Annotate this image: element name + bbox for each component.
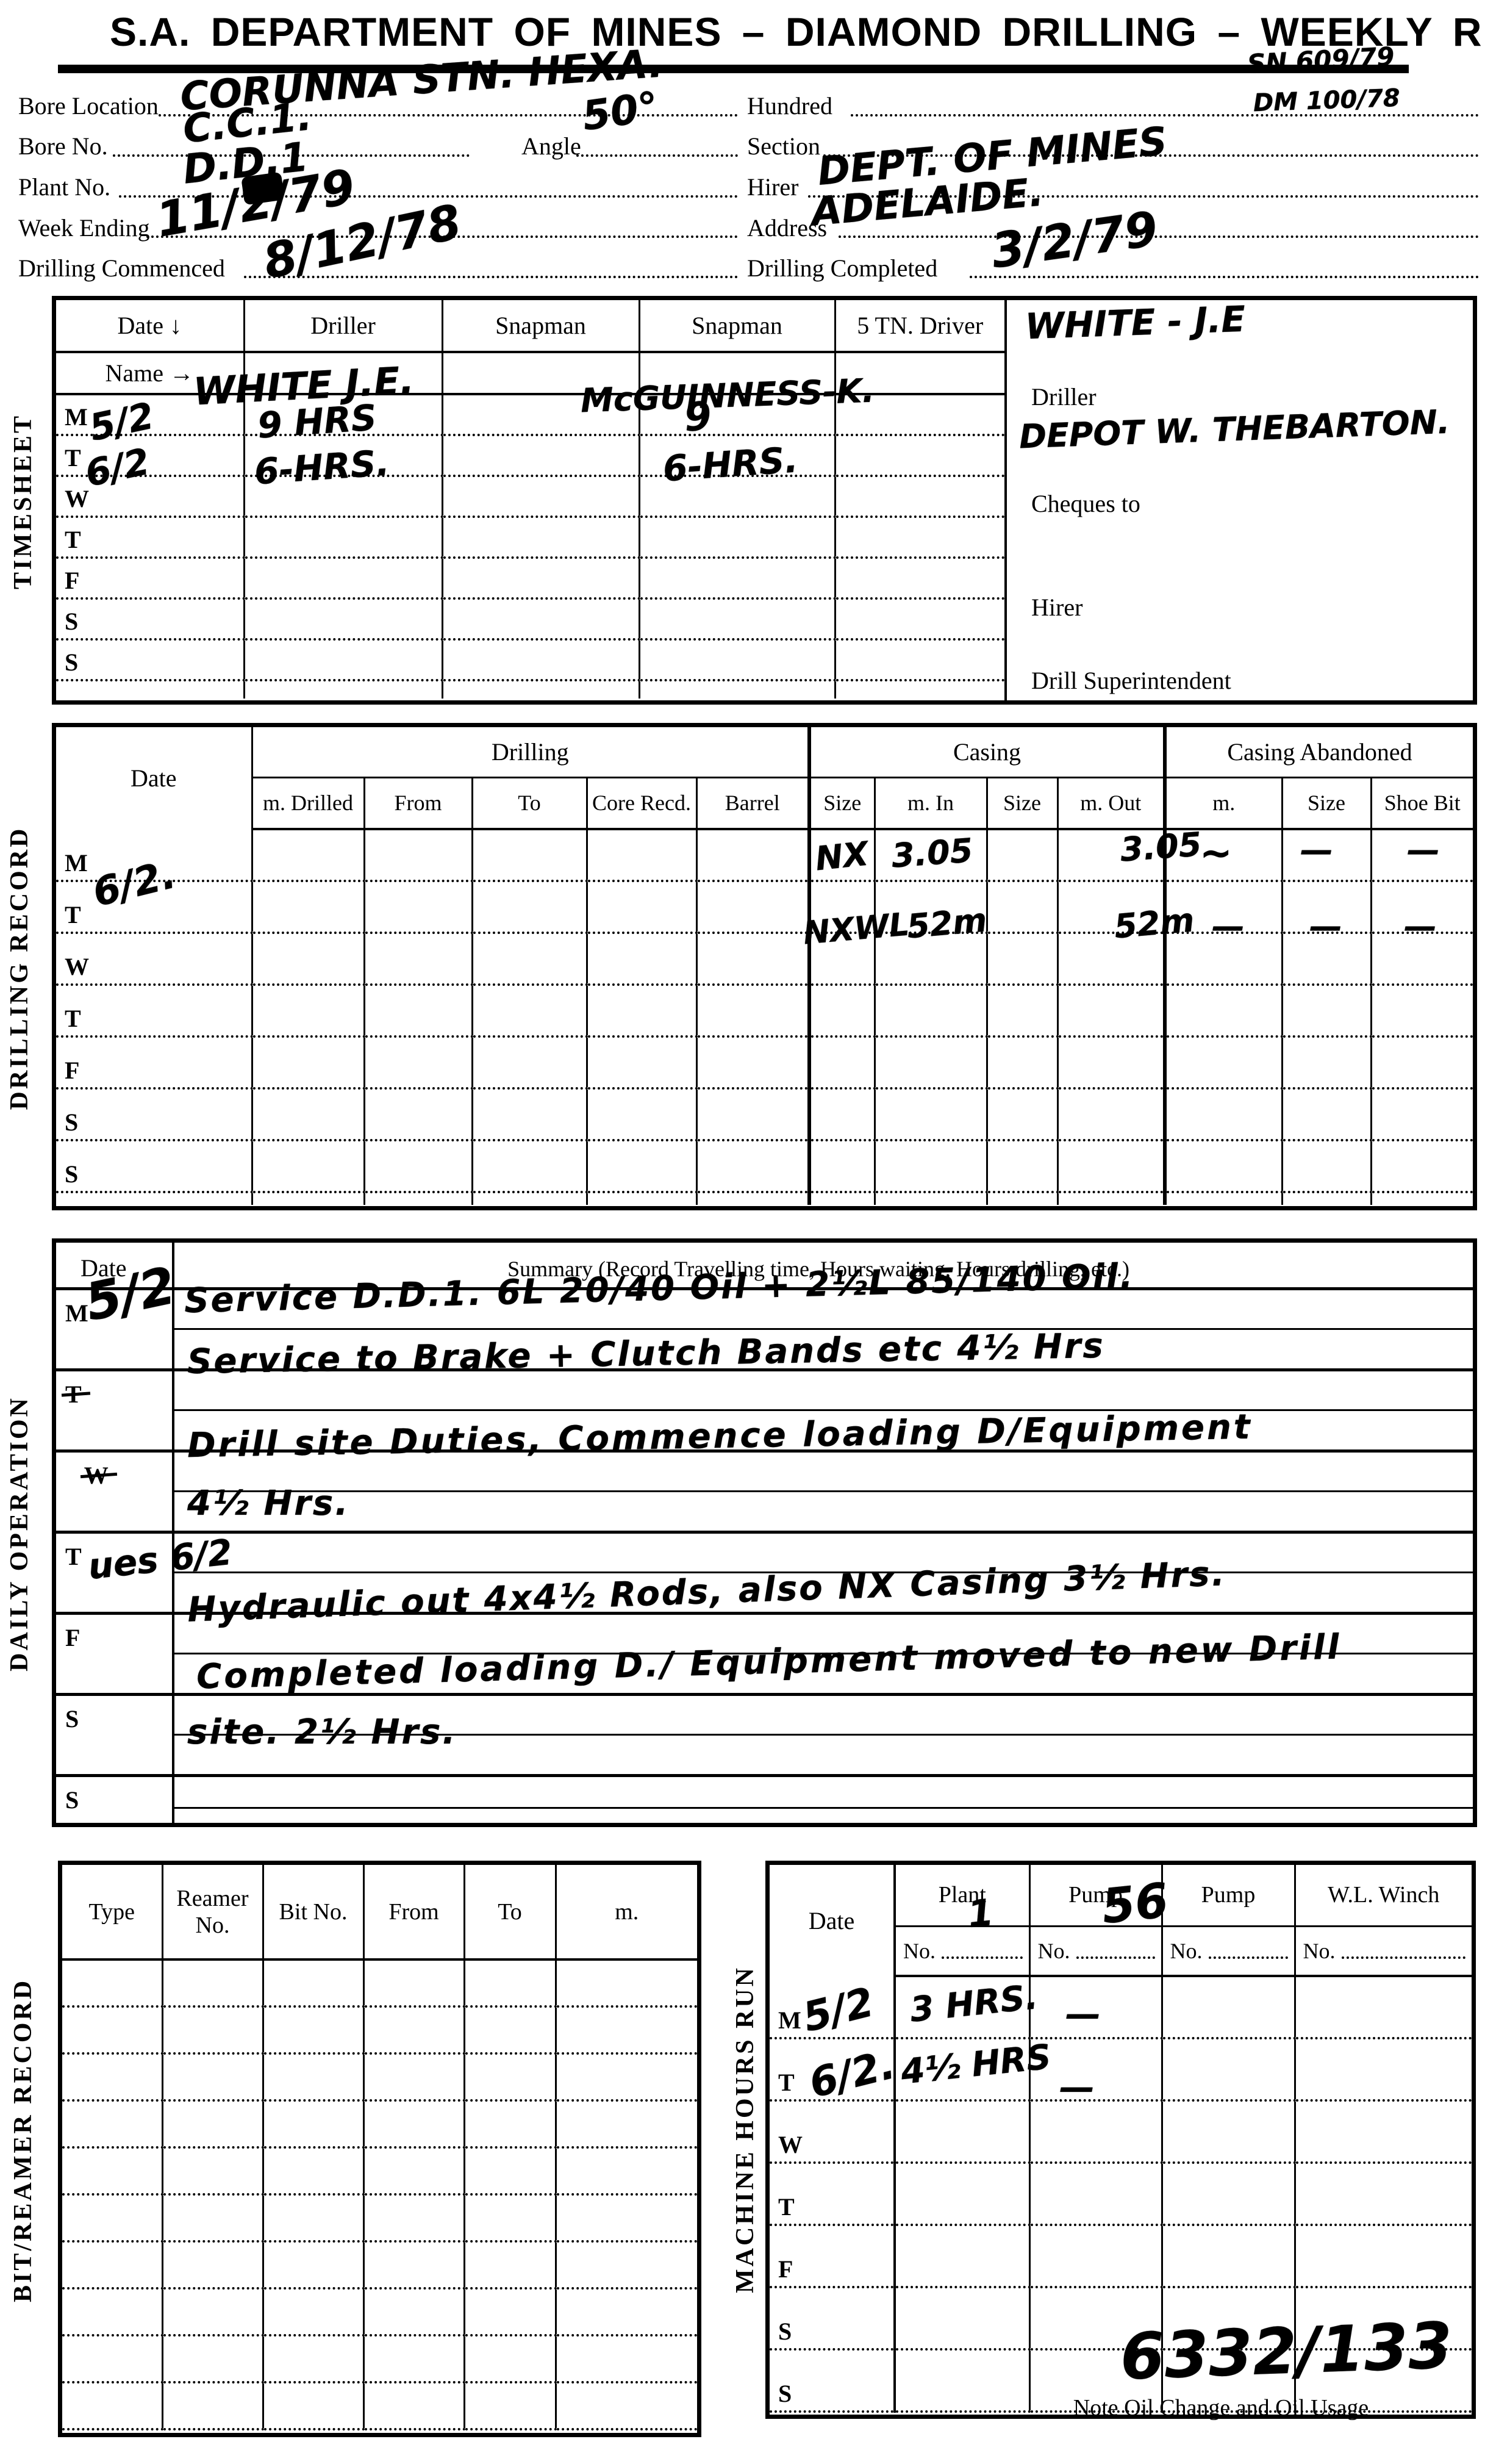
day-label: T — [65, 1542, 82, 1571]
table-cell — [263, 2053, 363, 2100]
table-cell — [809, 1192, 875, 1205]
no-label: No. — [1170, 1938, 1203, 1964]
table-cell — [1165, 1140, 1282, 1192]
hundred-line — [851, 114, 1479, 117]
winch-no-cell: No. — [1295, 1926, 1472, 1976]
table-cell — [442, 558, 639, 598]
mon-abandoned-shoe: — — [1407, 834, 1440, 867]
table-cell — [464, 2147, 556, 2194]
tue-casing-m-in: 52m — [906, 903, 989, 943]
table-cell — [987, 1036, 1057, 1088]
from-header: From — [364, 777, 472, 829]
table-cell — [835, 435, 1004, 476]
ruled-line — [174, 1409, 1473, 1411]
table-cell — [363, 2335, 464, 2382]
table-cell — [472, 1088, 587, 1140]
cheques-to-label: Cheques to — [1031, 489, 1140, 518]
angle-label: Angle — [521, 132, 581, 160]
table-cell — [364, 1140, 472, 1192]
bit-reamer-section-label: BIT/REAMER RECORD — [9, 1997, 38, 2302]
table-cell — [587, 1140, 696, 1192]
angle-value: 50° — [580, 87, 661, 137]
summary-line-5: Hydraulic out 4x4½ Rods, also NX Casing … — [187, 1557, 1227, 1627]
daily-operation-section-label: DAILY OPERATION — [5, 1381, 34, 1686]
table-cell — [1371, 1088, 1473, 1140]
drilling-row-thu: T — [56, 985, 1473, 1036]
table-cell — [587, 829, 696, 881]
table-cell — [1371, 1192, 1473, 1205]
date-header: Date — [770, 1865, 895, 1976]
table-cell — [442, 680, 639, 699]
drilling-row-fri: F — [56, 1036, 1473, 1088]
timesheet-row-fri: F — [56, 558, 1004, 598]
m-drilled-header: m. Drilled — [252, 777, 364, 829]
timesheet-row-sat: S — [56, 598, 1004, 639]
day-label: S — [56, 1088, 252, 1140]
table-cell — [875, 1192, 987, 1205]
table-cell — [162, 2053, 263, 2100]
table-cell — [252, 1192, 364, 1205]
table-cell — [62, 2335, 162, 2382]
bit-reamer-record-section: Type Reamer No. Bit No. From To m. — [58, 1861, 701, 2437]
table-cell — [895, 2100, 1029, 2163]
table-cell — [263, 2100, 363, 2147]
table-cell — [1057, 985, 1165, 1036]
oil-change-note: Note Oil Change and Oil Usage — [971, 2394, 1471, 2421]
drilling-row-sat: S — [56, 1088, 1473, 1140]
tues-date-handwritten: ues 6/2 — [87, 1534, 234, 1584]
table-cell — [1371, 985, 1473, 1036]
no-dotted-line — [942, 1956, 1023, 1959]
table-cell — [363, 2053, 464, 2100]
timesheet-table: Date ↓ Driller Snapman Snapman 5 TN. Dri… — [56, 300, 1004, 699]
drilling-row-wed: W — [56, 933, 1473, 985]
table-cell — [364, 829, 472, 881]
table-row — [62, 2006, 697, 2053]
timesheet-section: Date ↓ Driller Snapman Snapman 5 TN. Dri… — [52, 296, 1477, 705]
table-cell — [809, 1036, 875, 1088]
table-cell — [587, 1036, 696, 1088]
table-cell — [696, 1088, 809, 1140]
table-cell — [987, 1088, 1057, 1140]
table-cell — [875, 1036, 987, 1088]
table-cell — [464, 2241, 556, 2288]
day-label: S — [65, 1704, 79, 1733]
drilling-row-sun: S — [56, 1140, 1473, 1192]
table-cell — [1295, 2100, 1472, 2163]
ruled-line — [174, 1328, 1473, 1330]
table-cell — [1295, 2038, 1472, 2100]
barrel-header: Barrel — [696, 777, 809, 829]
plant-no-label: Plant No. — [18, 173, 110, 201]
total-handwritten: 6332/133 — [1119, 2314, 1453, 2389]
table-cell — [364, 881, 472, 933]
timesheet-section-label: TIMESHEET — [9, 349, 38, 654]
table-cell — [364, 933, 472, 985]
table-cell — [835, 639, 1004, 680]
table-cell — [809, 1140, 875, 1192]
table-cell — [252, 1088, 364, 1140]
table-cell — [62, 2241, 162, 2288]
mon-driller-hours: 9 HRS — [256, 400, 378, 443]
day-label: S — [56, 598, 244, 639]
table-cell — [263, 2241, 363, 2288]
day-label: T — [65, 1381, 82, 1408]
table-row — [62, 2100, 697, 2147]
m-header: m. — [556, 1865, 697, 1959]
table-cell — [1162, 2038, 1295, 2100]
table-cell — [56, 680, 244, 699]
table-cell — [244, 558, 442, 598]
machine-row-thu: T — [770, 2163, 1472, 2225]
summary-line-2: Service to Brake + Clutch Bands etc 4½ H… — [187, 1329, 1105, 1379]
table-cell — [464, 2053, 556, 2100]
table-cell — [472, 1036, 587, 1088]
table-cell — [263, 2147, 363, 2194]
date-header: Date — [56, 727, 252, 829]
table-cell — [1295, 2225, 1472, 2287]
day-label: F — [56, 558, 244, 598]
table-cell — [62, 2194, 162, 2241]
angle-line — [576, 154, 738, 157]
table-cell — [1029, 2163, 1162, 2225]
day-label: M — [65, 1299, 88, 1327]
timesheet-right-panel: WHITE - J.E Driller DEPOT W. THEBARTON. … — [1004, 300, 1473, 700]
timesheet-row-thu: T — [56, 517, 1004, 558]
table-cell — [1295, 2163, 1472, 2225]
day-label: S — [65, 1786, 79, 1814]
tue-casing-m-out: 52m — [1113, 903, 1196, 943]
day-label: S — [56, 639, 244, 680]
col-5tn-driver: 5 TN. Driver — [835, 300, 1004, 352]
table-cell — [472, 985, 587, 1036]
table-cell — [987, 829, 1057, 881]
table-cell — [56, 1192, 252, 1205]
table-cell — [363, 2241, 464, 2288]
table-cell — [639, 517, 835, 558]
table-cell — [556, 2053, 697, 2100]
pump2-header: Pump — [1162, 1865, 1295, 1926]
table-cell — [895, 2225, 1029, 2287]
machine-hours-section-label: MACHINE HOURS RUN — [731, 1988, 760, 2293]
core-recd-header: Core Recd. — [587, 777, 696, 829]
table-cell — [835, 476, 1004, 517]
table-row — [62, 1959, 697, 2006]
wl-winch-header: W.L. Winch — [1295, 1865, 1472, 1926]
table-cell — [442, 598, 639, 639]
table-cell — [244, 598, 442, 639]
table-cell — [835, 517, 1004, 558]
drilling-group-header-row: Date Drilling Casing Casing Abandoned — [56, 727, 1473, 777]
table-cell — [875, 1140, 987, 1192]
timesheet-header-row: Date ↓ Driller Snapman Snapman 5 TN. Dri… — [56, 300, 1004, 352]
table-cell — [556, 2288, 697, 2335]
table-cell — [162, 2100, 263, 2147]
machine-row-wed: W — [770, 2100, 1472, 2163]
machine-row-mon: M — [770, 1976, 1472, 2038]
mon-casing-m-out: 3.05 — [1119, 828, 1203, 866]
table-cell — [1282, 985, 1371, 1036]
table-cell — [639, 558, 835, 598]
table-cell — [875, 985, 987, 1036]
table-cell — [696, 985, 809, 1036]
no-label: No. — [1303, 1938, 1336, 1964]
table-cell — [696, 1036, 809, 1088]
table-cell — [1162, 2225, 1295, 2287]
table-cell — [363, 2147, 464, 2194]
table-cell — [442, 435, 639, 476]
no-dotted-line — [1076, 1956, 1155, 1959]
hirer-panel-label: Hirer — [1031, 593, 1082, 622]
abandoned-size-header: Size — [1282, 777, 1371, 829]
address-line — [839, 235, 1479, 238]
drilling-commenced-label: Drilling Commenced — [18, 254, 225, 282]
table-cell — [587, 933, 696, 985]
table-cell — [1162, 1976, 1295, 2038]
handwritten-ref-number-2: DM 100/78 — [1253, 86, 1400, 115]
table-cell — [162, 2288, 263, 2335]
table-cell — [263, 2382, 363, 2429]
table-cell — [472, 933, 587, 985]
abandoned-m-header: m. — [1165, 777, 1282, 829]
col-driller: Driller — [244, 300, 442, 352]
table-cell — [556, 2194, 697, 2241]
ruled-line — [174, 1807, 1473, 1809]
table-cell — [987, 933, 1057, 985]
table-cell — [363, 2382, 464, 2429]
table-cell — [696, 1140, 809, 1192]
table-cell — [464, 1959, 556, 2006]
table-cell — [364, 1036, 472, 1088]
table-cell — [364, 985, 472, 1036]
table-cell — [464, 2006, 556, 2053]
row-line — [56, 1774, 1473, 1777]
mon-snapman-hours: 9 — [683, 397, 713, 438]
table-cell — [464, 2382, 556, 2429]
summary-line-6: Completed loading D./ Equipment moved to… — [196, 1630, 1342, 1694]
table-cell — [162, 2382, 263, 2429]
table-cell — [987, 1140, 1057, 1192]
table-cell — [556, 2100, 697, 2147]
table-cell — [895, 2163, 1029, 2225]
table-cell — [62, 2382, 162, 2429]
table-cell — [639, 639, 835, 680]
table-cell — [587, 1192, 696, 1205]
drilling-group-header: Drilling — [252, 727, 809, 777]
table-cell — [1282, 1192, 1371, 1205]
plant-no-cell: No. — [895, 1926, 1029, 1976]
to-header: To — [464, 1865, 556, 1959]
table-cell — [62, 2053, 162, 2100]
table-cell — [1057, 1036, 1165, 1088]
table-cell — [895, 2287, 1029, 2349]
table-cell — [1295, 1976, 1472, 2038]
table-cell — [835, 598, 1004, 639]
tue-driller-hours: 6-HRS. — [253, 445, 390, 489]
table-cell — [162, 2147, 263, 2194]
no-dotted-line — [1209, 1956, 1288, 1959]
table-cell — [472, 1192, 587, 1205]
table-cell — [472, 829, 587, 881]
pump2-no-cell: No. — [1162, 1926, 1295, 1976]
table-cell — [263, 2006, 363, 2053]
hirer-label: Hirer — [747, 173, 798, 201]
table-cell — [62, 1959, 162, 2006]
casing-abandoned-group-header: Casing Abandoned — [1165, 727, 1473, 777]
table-row — [62, 2335, 697, 2382]
table-cell — [696, 829, 809, 881]
machine-hours-run-section: Date Plant Pump Pump W.L. Winch No. No. … — [765, 1861, 1476, 2419]
table-cell — [363, 2006, 464, 2053]
ruled-line — [174, 1490, 1473, 1492]
table-cell — [835, 558, 1004, 598]
table-cell — [62, 2006, 162, 2053]
drilling-record-section: Date Drilling Casing Casing Abandoned m.… — [52, 723, 1477, 1210]
day-label: T — [56, 517, 244, 558]
col-snapman-1: Snapman — [442, 300, 639, 352]
driller-panel-label: Driller — [1031, 383, 1097, 411]
table-cell — [162, 2194, 263, 2241]
table-cell — [1282, 1140, 1371, 1192]
snapman-name-value: McGUINNESS-K. — [580, 375, 875, 418]
table-cell — [639, 598, 835, 639]
col-snapman-2: Snapman — [639, 300, 835, 352]
day-label: W — [56, 933, 252, 985]
day-label: S — [770, 2349, 895, 2412]
drilling-row-mon: M — [56, 829, 1473, 881]
table-cell — [1165, 1192, 1282, 1205]
type-header: Type — [62, 1865, 162, 1959]
drilling-record-section-label: DRILLING RECORD — [5, 816, 34, 1121]
bore-no-label: Bore No. — [18, 132, 108, 160]
no-label: No. — [1038, 1938, 1070, 1964]
table-cell — [162, 2241, 263, 2288]
tue-pump-hours: — — [1059, 2069, 1095, 2105]
table-cell — [252, 933, 364, 985]
table-cell — [587, 881, 696, 933]
pump1-no-cell: No. — [1029, 1926, 1162, 1976]
table-cell — [363, 2288, 464, 2335]
table-row — [62, 2194, 697, 2241]
table-cell — [472, 881, 587, 933]
mon-casing-size: NX — [814, 838, 870, 876]
table-cell — [162, 2006, 263, 2053]
drilling-completed-label: Drilling Completed — [747, 254, 937, 282]
day-label: S — [56, 1140, 252, 1192]
mon-abandoned-m: ~ — [1200, 834, 1233, 873]
plant-no-value: 1 — [966, 1894, 995, 1933]
day-label: T — [770, 2163, 895, 2225]
table-cell — [62, 2100, 162, 2147]
table-cell — [442, 517, 639, 558]
table-cell — [1165, 1088, 1282, 1140]
table-cell — [364, 1088, 472, 1140]
table-cell — [252, 881, 364, 933]
no-dotted-line — [1342, 1956, 1466, 1959]
table-row — [62, 2288, 697, 2335]
table-cell — [987, 881, 1057, 933]
casing-group-header: Casing — [809, 727, 1165, 777]
bit-reamer-table: Type Reamer No. Bit No. From To m. — [62, 1865, 697, 2430]
table-cell — [263, 1959, 363, 2006]
daily-operation-section: Date Summary (Record Travelling time, Ho… — [52, 1238, 1477, 1827]
tue-snapman-hours: 6-HRS. — [662, 442, 799, 486]
table-cell — [464, 2100, 556, 2147]
table-cell — [556, 2006, 697, 2053]
table-cell — [464, 2288, 556, 2335]
table-cell — [556, 2335, 697, 2382]
table-cell — [587, 985, 696, 1036]
mon-pump-hours: — — [1065, 1996, 1101, 2031]
table-cell — [62, 2147, 162, 2194]
table-cell — [1165, 985, 1282, 1036]
table-cell — [1282, 1088, 1371, 1140]
table-cell — [835, 680, 1004, 699]
timesheet-row-wed: W — [56, 476, 1004, 517]
bit-reamer-header-row: Type Reamer No. Bit No. From To m. — [62, 1865, 697, 1959]
timesheet-row-sun: S — [56, 639, 1004, 680]
tue-casing-size: NXWL — [802, 909, 911, 950]
table-cell — [587, 1088, 696, 1140]
table-cell — [252, 1140, 364, 1192]
mon-abandoned-size: — — [1300, 834, 1333, 867]
no-label: No. — [903, 1938, 936, 1964]
table-cell — [464, 2194, 556, 2241]
bore-location-label: Bore Location — [18, 92, 159, 120]
day-label: F — [56, 1036, 252, 1088]
table-cell — [556, 1959, 697, 2006]
table-cell — [987, 1192, 1057, 1205]
table-cell — [263, 2335, 363, 2382]
table-row — [62, 2241, 697, 2288]
week-ending-label: Week Ending — [18, 214, 150, 242]
table-cell — [1057, 1140, 1165, 1192]
casing-size2-header: Size — [987, 777, 1057, 829]
to-header: To — [472, 777, 587, 829]
drilling-record-table: Date Drilling Casing Casing Abandoned m.… — [56, 727, 1473, 1205]
table-cell — [1057, 1192, 1165, 1205]
plant-header: Plant — [895, 1865, 1029, 1926]
day-label: W — [84, 1462, 109, 1489]
table-cell — [809, 1088, 875, 1140]
table-cell — [472, 1140, 587, 1192]
table-cell — [1282, 1036, 1371, 1088]
table-cell — [62, 2288, 162, 2335]
table-cell — [556, 2241, 697, 2288]
table-cell — [364, 1192, 472, 1205]
day-label: S — [770, 2287, 895, 2349]
table-cell — [252, 829, 364, 881]
table-row — [62, 2147, 697, 2194]
pump-no-value: 56 — [1100, 1877, 1170, 1931]
casing-size-header: Size — [809, 777, 875, 829]
m-out-header: m. Out — [1057, 777, 1165, 829]
table-cell — [363, 2194, 464, 2241]
reamer-no-header: Reamer No. — [162, 1865, 263, 1959]
bit-no-header: Bit No. — [263, 1865, 363, 1959]
table-cell — [875, 1088, 987, 1140]
day-label: F — [65, 1623, 80, 1652]
driller-name-handwritten: WHITE - J.E — [1025, 301, 1246, 345]
row-line — [56, 1531, 1473, 1534]
table-cell — [1029, 2225, 1162, 2287]
drilling-sub-header-row: m. Drilled From To Core Recd. Barrel Siz… — [56, 777, 1473, 829]
table-cell — [252, 985, 364, 1036]
depot-handwritten: DEPOT W. THEBARTON. — [1018, 406, 1450, 454]
drilling-filler-row — [56, 1192, 1473, 1205]
table-cell — [696, 881, 809, 933]
table-cell — [556, 2147, 697, 2194]
